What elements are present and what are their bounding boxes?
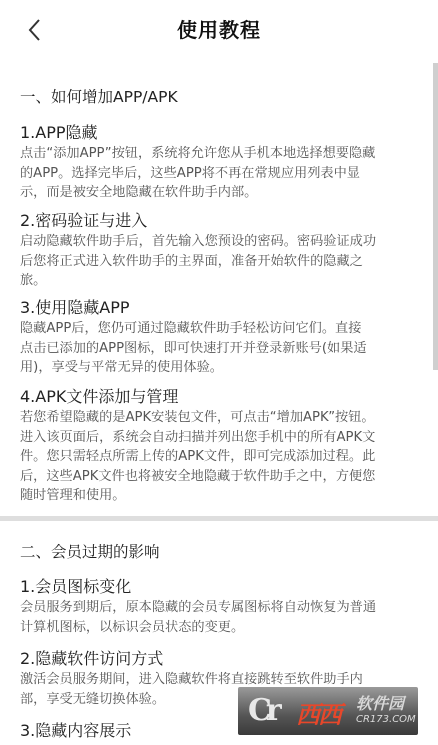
item-password: 2.密码验证与进入 启动隐藏软件助手后，首先输入您预设的密码。密码验证成功 后您… (0, 210, 433, 291)
section-divider (0, 516, 438, 521)
watermark-cr-logo: Cr (248, 693, 276, 728)
item-use-hidden-app: 3.使用隐藏APP 隐藏APP后，您仍可通过隐藏软件助手轻松访问它们。直接 点击… (0, 297, 433, 378)
item-title: 3.使用隐藏APP (20, 297, 419, 319)
item-body: 点击“添加APP”按钮，系统将允许您从手机本地选择想要隐藏 的APP。选择完毕后… (20, 144, 419, 203)
watermark-logo: Cr 西西 软件园 CR173.COM (238, 687, 418, 735)
watermark-red-text: 西西 (296, 695, 340, 730)
section-title: 二、会员过期的影响 (20, 541, 419, 563)
item-app-hide: 1.APP隐藏 点击“添加APP”按钮，系统将允许您从手机本地选择想要隐藏 的A… (0, 122, 433, 203)
item-title: 1.会员图标变化 (20, 576, 419, 598)
app-header: 使用教程 (0, 0, 438, 60)
watermark-url: CR173.COM (356, 714, 416, 725)
item-body: 会员服务到期后，原本隐藏的会员专属图标将自动恢复为普通 计算机图标，以标识会员状… (20, 598, 419, 637)
item-title: 2.隐藏软件访问方式 (20, 648, 419, 670)
section-membership-expiry: 二、会员过期的影响 (0, 541, 433, 563)
item-title: 1.APP隐藏 (20, 122, 419, 144)
section-title: 一、如何增加APP/APK (20, 86, 419, 108)
item-title: 4.APK文件添加与管理 (20, 386, 419, 408)
item-body: 若您希望隐藏的是APK安装包文件，可点击“增加APK”按钮。 进入该页面后，系统… (20, 408, 419, 506)
item-title: 2.密码验证与进入 (20, 210, 419, 232)
page-title: 使用教程 (0, 14, 438, 43)
section-add-app: 一、如何增加APP/APK (0, 86, 433, 108)
item-apk-management: 4.APK文件添加与管理 若您希望隐藏的是APK安装包文件，可点击“增加APK”… (0, 386, 433, 506)
watermark-brand: 软件园 (356, 691, 404, 714)
item-body: 隐藏APP后，您仍可通过隐藏软件助手轻松访问它们。直接 点击已添加的APP图标，… (20, 319, 419, 378)
scrollbar[interactable] (433, 63, 438, 370)
item-body: 启动隐藏软件助手后，首先输入您预设的密码。密码验证成功 后您将正式进入软件助手的… (20, 232, 419, 291)
item-member-icon-change: 1.会员图标变化 会员服务到期后，原本隐藏的会员专属图标将自动恢复为普通 计算机… (0, 576, 433, 637)
